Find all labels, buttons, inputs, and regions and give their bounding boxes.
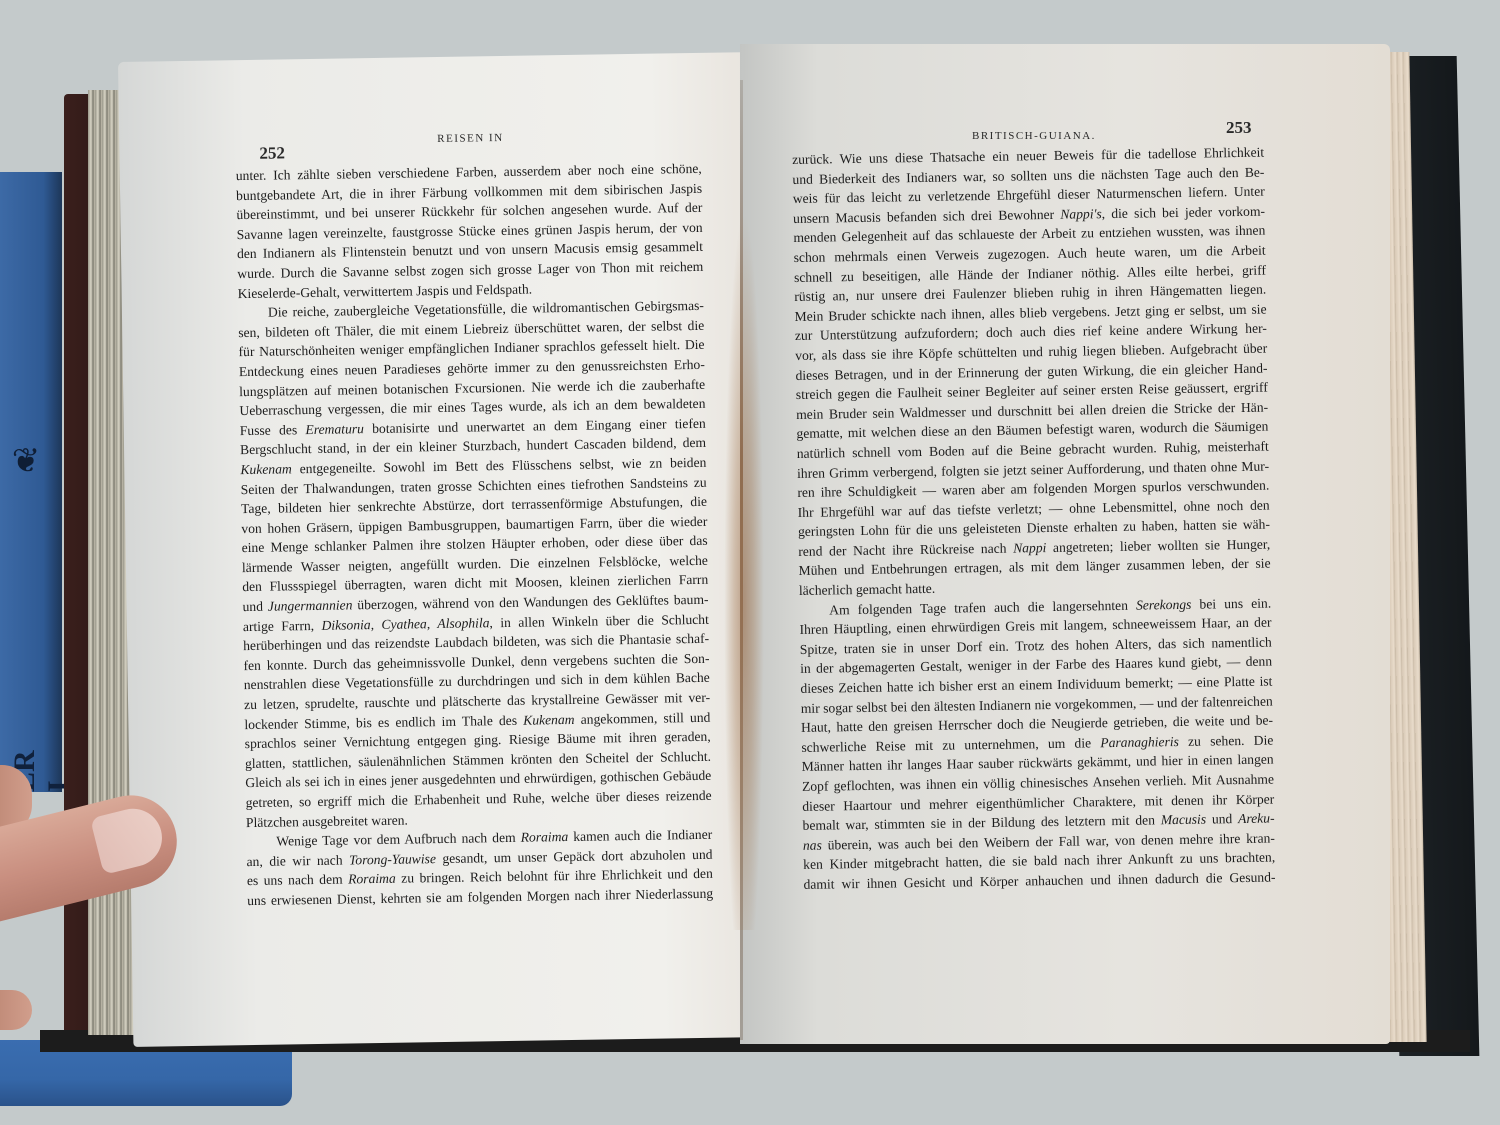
- left-page: 252 REISEN IN unter. Ich zählte sieben v…: [118, 52, 757, 1047]
- ornament-icon: ❦: [6, 432, 46, 492]
- italic-term: Paranaghieris: [1100, 734, 1179, 750]
- right-page: 253 BRITISCH-GUIANA. zurück. Wie uns die…: [740, 44, 1390, 1044]
- italic-term: Macusis: [1161, 812, 1207, 828]
- italic-term: Nappi's: [1060, 206, 1102, 222]
- italic-term: Diksonia, Cyathea, Alsophila: [321, 615, 489, 633]
- italic-term: Serekongs: [1136, 596, 1192, 612]
- running-head: BRITISCH-GUIANA.: [972, 130, 1096, 142]
- photo-scene: ❦ ER I 252 REISEN IN unter. Ich zählte s…: [0, 0, 1500, 1125]
- page-body-text: zurück. Wie uns diese Thatsache ein neue…: [792, 143, 1276, 895]
- book-gutter: [740, 80, 743, 1040]
- running-head: REISEN IN: [437, 132, 504, 145]
- italic-term: Roraima: [348, 871, 396, 887]
- background-book-spine: ❦ ER I: [0, 172, 62, 792]
- italic-term: Jungermannien: [268, 597, 353, 613]
- italic-term: Kukenam: [523, 712, 575, 728]
- italic-term: Kukenam: [240, 461, 292, 477]
- finger: [0, 990, 32, 1030]
- italic-term: Erematuru: [305, 421, 364, 437]
- page-body-text: unter. Ich zählte sieben verschiedene Fa…: [236, 159, 714, 911]
- italic-term: Torong-Yauwise: [349, 851, 436, 867]
- italic-term: Nappi: [1013, 540, 1046, 556]
- italic-term: Roraima: [521, 829, 569, 845]
- italic-term: nas: [803, 837, 822, 852]
- page-number: 252: [259, 143, 285, 163]
- page-number: 253: [1226, 118, 1252, 138]
- thumbnail: [90, 803, 168, 875]
- italic-term: Areku-: [1238, 811, 1275, 827]
